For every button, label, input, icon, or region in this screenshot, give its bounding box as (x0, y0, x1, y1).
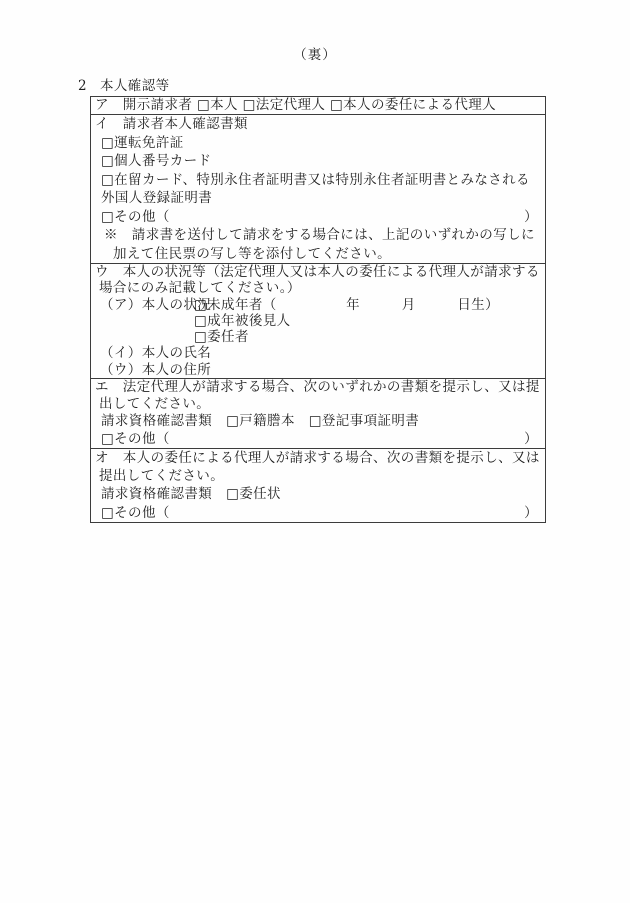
row-legal-representative: エ 法定代理人が請求する場合、次のいずれかの書類を提示し、又は提 出してください… (91, 379, 545, 449)
other-close-paren: ） (524, 504, 538, 522)
row-disclosure-requester: ア 開示請求者 □本人 □法定代理人 □本人の委任による代理人 (91, 97, 545, 115)
principal-name-label: （イ）本人の氏名 (91, 345, 545, 361)
other-close-paren: ） (524, 208, 538, 227)
checkbox-option-minor: □未成年者（ 年 月 日生） (194, 297, 499, 313)
mailing-note-line2: 加えて住民票の写し等を添付してください。 (91, 245, 545, 264)
checkbox-option-adult-ward: □成年被後見人 (91, 313, 545, 329)
checkbox-option-other: □その他（ ） (91, 431, 545, 448)
identity-verification-table: ア 開示請求者 □本人 □法定代理人 □本人の委任による代理人 イ 請求者本人確… (90, 96, 546, 523)
principal-address-label: （ウ）本人の住所 (91, 362, 545, 378)
checkbox-option-residence-card-cont: 外国人登録証明書 (91, 189, 545, 208)
section-heading: 2本人確認等 (78, 74, 170, 94)
checkbox-option-residence-card: □在留カード、特別永住者証明書又は特別永住者証明書とみなされる (91, 171, 545, 190)
checkbox-option-other: □その他（ ） (91, 504, 545, 522)
document-page: （裏） 2本人確認等 ア 開示請求者 □本人 □法定代理人 □本人の委任による代… (0, 0, 630, 903)
other-close-paren: ） (524, 431, 538, 448)
row-delegated-agent: オ 本人の委任による代理人が請求する場合、次の書類を提示し、又は 提出してくださ… (91, 449, 545, 522)
mailing-note-line1: ※ 請求書を送付して請求をする場合には、上記のいずれかの写しに (91, 226, 545, 245)
row-principal-status: ウ 本人の状況等（法定代理人又は本人の委任による代理人が請求する 場合にのみ記載… (91, 264, 545, 379)
qualification-documents: 請求資格確認書類 □委任状 (91, 485, 545, 503)
other-label: □その他（ (101, 431, 170, 447)
checkbox-option-other: □その他（ ） (91, 208, 545, 227)
qualification-documents: 請求資格確認書類 □戸籍謄本 □登記事項証明書 (91, 413, 545, 430)
principal-status-option-minor: （ア）本人の状況 □未成年者（ 年 月 日生） (91, 297, 545, 313)
identity-documents-heading: イ 請求者本人確認書類 (91, 115, 545, 134)
section-title: 本人確認等 (100, 78, 170, 94)
disclosure-requester-options: ア 開示請求者 □本人 □法定代理人 □本人の委任による代理人 (91, 97, 545, 114)
checkbox-option-delegator: □委任者 (91, 329, 545, 345)
section-number: 2 (78, 78, 87, 94)
row-identity-documents: イ 請求者本人確認書類 □運転免許証 □個人番号カード □在留カード、特別永住者… (91, 115, 545, 264)
page-side-label: （裏） (0, 43, 630, 63)
legal-representative-line2: 出してください。 (91, 396, 545, 413)
other-label: □その他（ (101, 505, 170, 521)
other-label: □その他（ (101, 209, 170, 225)
checkbox-option-my-number-card: □個人番号カード (91, 152, 545, 171)
delegated-agent-line2: 提出してください。 (91, 467, 545, 485)
delegated-agent-line1: オ 本人の委任による代理人が請求する場合、次の書類を提示し、又は (91, 449, 545, 467)
principal-status-label: （ア）本人の状況 (100, 297, 211, 313)
checkbox-option-drivers-license: □運転免許証 (91, 134, 545, 153)
principal-status-heading-line2: 場合にのみ記載してください。） (91, 280, 545, 296)
legal-representative-line1: エ 法定代理人が請求する場合、次のいずれかの書類を提示し、又は提 (91, 379, 545, 396)
principal-status-heading-line1: ウ 本人の状況等（法定代理人又は本人の委任による代理人が請求する (91, 264, 545, 280)
